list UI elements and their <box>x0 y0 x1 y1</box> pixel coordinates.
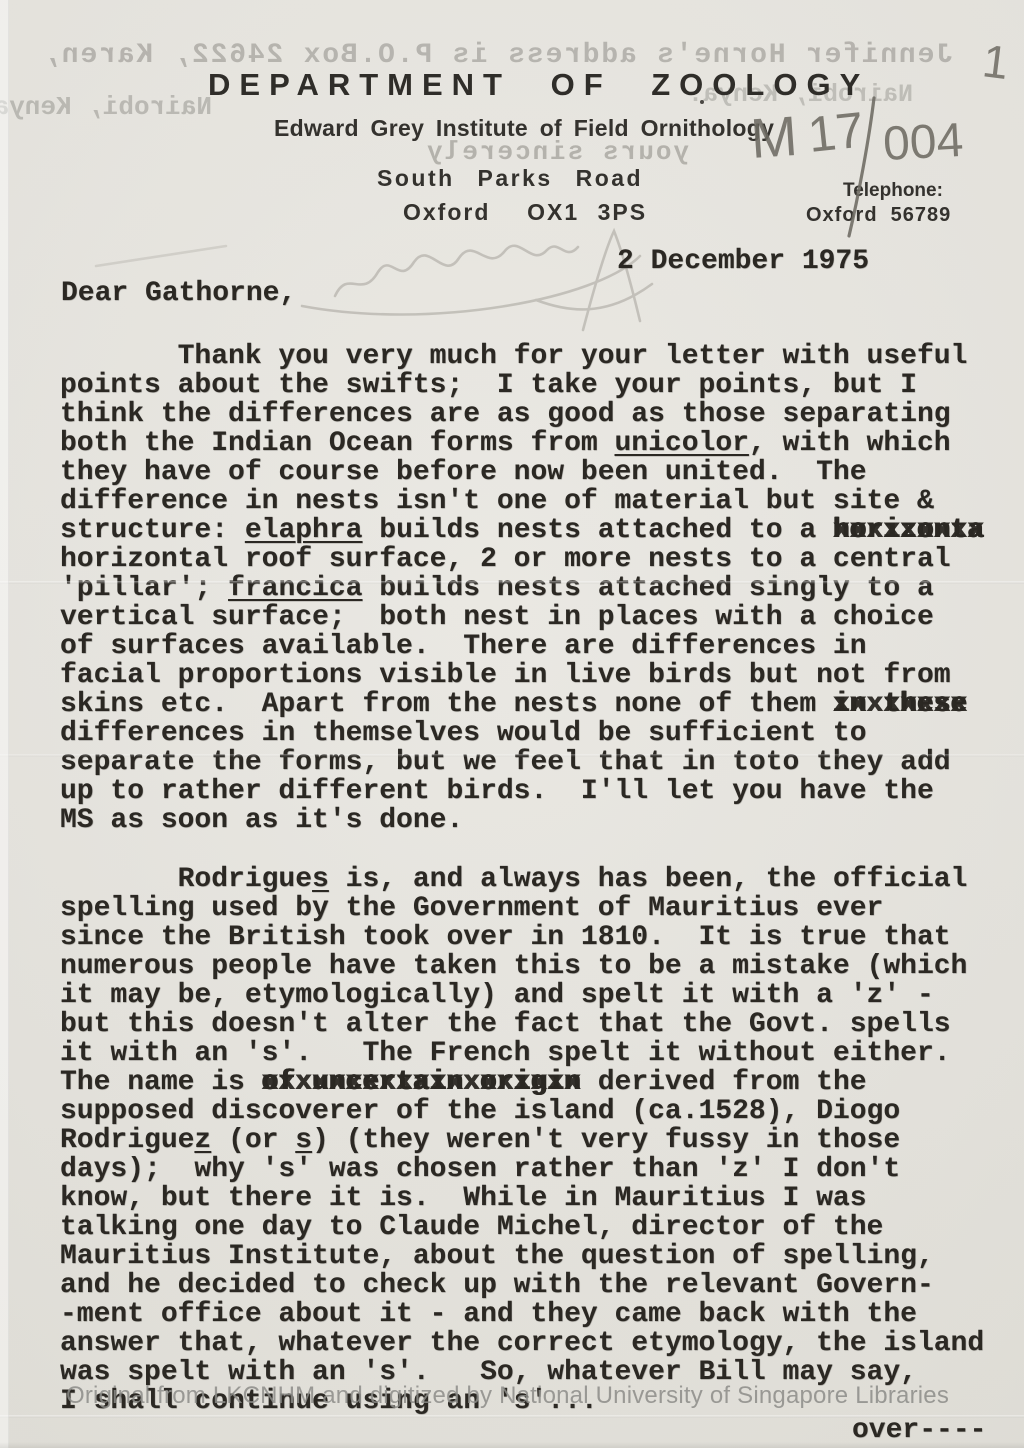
letter-line: since the British took over in 1810. It … <box>60 923 984 952</box>
letter-line: days); why 's' was chosen rather than 'z… <box>60 1155 984 1184</box>
telephone-number: Oxford 56789 <box>806 204 951 227</box>
letter-line: 'pillar'; francica builds nests attached… <box>60 574 984 603</box>
underlined-word: z <box>194 1125 211 1156</box>
page-number-annotation: 1 <box>980 34 1012 89</box>
letter-line: it may be, etymologically) and spelt it … <box>60 981 984 1010</box>
underlined-word: s <box>295 1125 312 1156</box>
letter-line: think the differences are as good as tho… <box>60 400 984 429</box>
letter-paragraph-2: Rodrigues is, and always has been, the o… <box>60 865 984 1416</box>
letter-line: separate the forms, but we feel that in … <box>60 748 984 777</box>
ink-speck <box>700 100 704 104</box>
letter-line: The name is of uncertain origin derived … <box>60 1068 984 1097</box>
letter-line: talking one day to Claude Michel, direct… <box>60 1213 984 1242</box>
letter-line: up to rather different birds. I'll let y… <box>60 777 984 806</box>
letter-line: they have of course before now been unit… <box>60 458 984 487</box>
letter-salutation: Dear Gathorne, <box>61 278 296 309</box>
paper-left-edge <box>0 0 9 1448</box>
archive-first-number: 17 <box>805 101 866 163</box>
letter-line: Mauritius Institute, about the question … <box>60 1242 984 1271</box>
bleedthrough-city-line-left: Nairobi, Kenya. <box>0 92 212 122</box>
letter-line: skins etc. Apart from the nests none of … <box>60 690 984 719</box>
digitization-watermark: Original from LKCNHM and digitized by Na… <box>66 1382 949 1410</box>
underlined-word: unicolor <box>615 428 749 459</box>
letter-line: Rodrigues is, and always has been, the o… <box>60 865 984 894</box>
letterhead-institute: Edward Grey Institute of Field Ornitholo… <box>274 115 774 142</box>
letter-line: vertical surface; both nest in places wi… <box>60 603 984 632</box>
letter-line: Rodriguez (or s) (they weren't very fuss… <box>60 1126 984 1155</box>
scanned-letter-page: Jennifer Horne's address is P.O.Box 2462… <box>0 0 1024 1448</box>
letter-line: horizontal roof surface, 2 or more nests… <box>60 545 984 574</box>
letter-line: -ment office about it - and they came ba… <box>60 1300 984 1329</box>
letter-line: numerous people have taken this to be a … <box>60 952 984 981</box>
telephone-label: Telephone: <box>843 180 943 202</box>
typed-over-correction: of uncertain origin <box>262 1068 581 1097</box>
letter-line: MS as soon as it's done. <box>60 806 984 835</box>
letter-line: answer that, whatever the correct etymol… <box>60 1329 984 1358</box>
letter-line: differences in themselves would be suffi… <box>60 719 984 748</box>
letter-line: spelling used by the Government of Mauri… <box>60 894 984 923</box>
letter-line: structure: elaphra builds nests attached… <box>60 516 984 545</box>
letter-date: 2 December 1975 <box>617 246 869 277</box>
letterhead-street: South Parks Road <box>377 165 643 192</box>
underlined-word: elaphra <box>245 515 363 546</box>
letter-line: but this doesn't alter the fact that the… <box>60 1010 984 1039</box>
letter-paragraph-1: Thank you very much for your letter with… <box>60 342 984 835</box>
letterhead-city-postcode: Oxford OX1 3PS <box>403 199 647 226</box>
underlined-word: francica <box>228 573 362 604</box>
letter-line: supposed discoverer of the island (ca.15… <box>60 1097 984 1126</box>
letter-line: both the Indian Ocean forms from unicolo… <box>60 429 984 458</box>
letter-line: Thank you very much for your letter with… <box>60 342 984 371</box>
letterhead-department: DEPARTMENT OF ZOOLOGY <box>208 67 869 103</box>
underlined-word: s <box>312 864 329 895</box>
over-note: over---- <box>852 1415 986 1446</box>
letter-line: difference in nests isn't one of materia… <box>60 487 984 516</box>
letter-line: facial proportions visible in live birds… <box>60 661 984 690</box>
typed-over-correction: in these <box>833 690 967 719</box>
typed-over-correction: horizonta <box>833 516 984 545</box>
letter-line: and he decided to check up with the rele… <box>60 1271 984 1300</box>
letter-line: points about the swifts; I take your poi… <box>60 371 984 400</box>
letter-line: of surfaces available. There are differe… <box>60 632 984 661</box>
letter-line: it with an 's'. The French spelt it with… <box>60 1039 984 1068</box>
letter-line: know, but there it is. While in Mauritiu… <box>60 1184 984 1213</box>
archive-second-number: 004 <box>882 114 965 171</box>
